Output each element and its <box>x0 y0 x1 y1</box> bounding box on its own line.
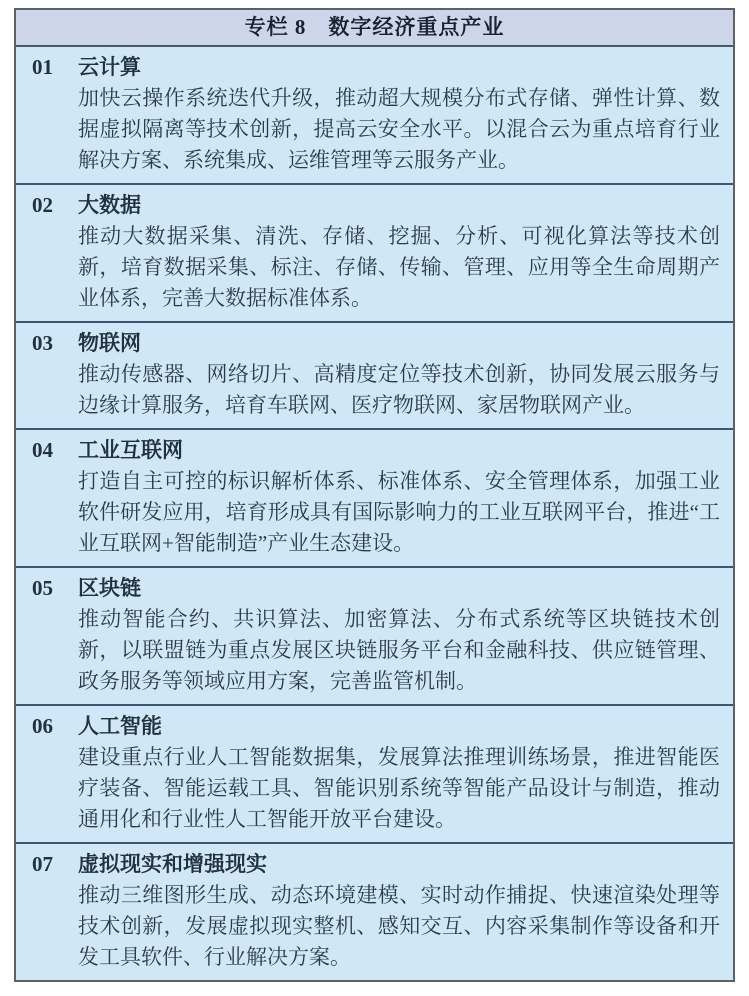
section-title: 工业互联网 <box>78 435 183 466</box>
section-row-cloud-computing: 01 云计算 加快云操作系统迭代升级，推动超大规模分布式存储、弹性计算、数据虚拟… <box>16 47 733 183</box>
feature-box-panel: 专栏 8 数字经济重点产业 01 云计算 加快云操作系统迭代升级，推动超大规模分… <box>14 8 735 982</box>
section-heading: 07 虚拟现实和增强现实 <box>32 849 720 880</box>
section-number: 06 <box>32 711 78 742</box>
section-body-text: 推动三维图形生成、动态环境建模、实时动作捕捉、快速渲染处理等技术创新，发展虚拟现… <box>78 880 720 973</box>
section-row-vr-ar: 07 虚拟现实和增强现实 推动三维图形生成、动态环境建模、实时动作捕捉、快速渲染… <box>16 842 733 980</box>
section-row-big-data: 02 大数据 推动大数据采集、清洗、存储、挖掘、分析、可视化算法等技术创新，培育… <box>16 183 733 321</box>
section-number: 05 <box>32 573 78 604</box>
section-number: 04 <box>32 435 78 466</box>
section-title: 物联网 <box>78 328 141 359</box>
section-heading: 04 工业互联网 <box>32 435 720 466</box>
section-body-text: 打造自主可控的标识解析体系、标准体系、安全管理体系，加强工业软件研发应用，培育形… <box>78 466 720 559</box>
section-body-text: 加快云操作系统迭代升级，推动超大规模分布式存储、弹性计算、数据虚拟隔离等技术创新… <box>78 83 720 176</box>
section-heading: 02 大数据 <box>32 190 720 221</box>
section-body-text: 建设重点行业人工智能数据集，发展算法推理训练场景，推进智能医疗装备、智能运载工具… <box>78 742 720 835</box>
section-number: 01 <box>32 52 78 83</box>
section-row-blockchain: 05 区块链 推动智能合约、共识算法、加密算法、分布式系统等区块链技术创新，以联… <box>16 566 733 704</box>
section-number: 07 <box>32 849 78 880</box>
panel-title: 专栏 8 数字经济重点产业 <box>16 10 733 47</box>
section-title: 大数据 <box>78 190 141 221</box>
section-number: 03 <box>32 328 78 359</box>
section-title: 人工智能 <box>78 711 162 742</box>
section-body-text: 推动传感器、网络切片、高精度定位等技术创新，协同发展云服务与边缘计算服务，培育车… <box>78 359 720 421</box>
section-heading: 05 区块链 <box>32 573 720 604</box>
section-body-text: 推动智能合约、共识算法、加密算法、分布式系统等区块链技术创新，以联盟链为重点发展… <box>78 604 720 697</box>
section-row-industrial-internet: 04 工业互联网 打造自主可控的标识解析体系、标准体系、安全管理体系，加强工业软… <box>16 428 733 566</box>
section-title: 云计算 <box>78 52 141 83</box>
panel-body: 01 云计算 加快云操作系统迭代升级，推动超大规模分布式存储、弹性计算、数据虚拟… <box>16 47 733 980</box>
section-number: 02 <box>32 190 78 221</box>
section-title: 虚拟现实和增强现实 <box>78 849 267 880</box>
document-page: 专栏 8 数字经济重点产业 01 云计算 加快云操作系统迭代升级，推动超大规模分… <box>0 0 749 996</box>
section-title: 区块链 <box>78 573 141 604</box>
section-row-iot: 03 物联网 推动传感器、网络切片、高精度定位等技术创新，协同发展云服务与边缘计… <box>16 321 733 428</box>
section-heading: 01 云计算 <box>32 52 720 83</box>
section-body-text: 推动大数据采集、清洗、存储、挖掘、分析、可视化算法等技术创新，培育数据采集、标注… <box>78 221 720 314</box>
section-row-ai: 06 人工智能 建设重点行业人工智能数据集，发展算法推理训练场景，推进智能医疗装… <box>16 704 733 842</box>
section-heading: 06 人工智能 <box>32 711 720 742</box>
section-heading: 03 物联网 <box>32 328 720 359</box>
